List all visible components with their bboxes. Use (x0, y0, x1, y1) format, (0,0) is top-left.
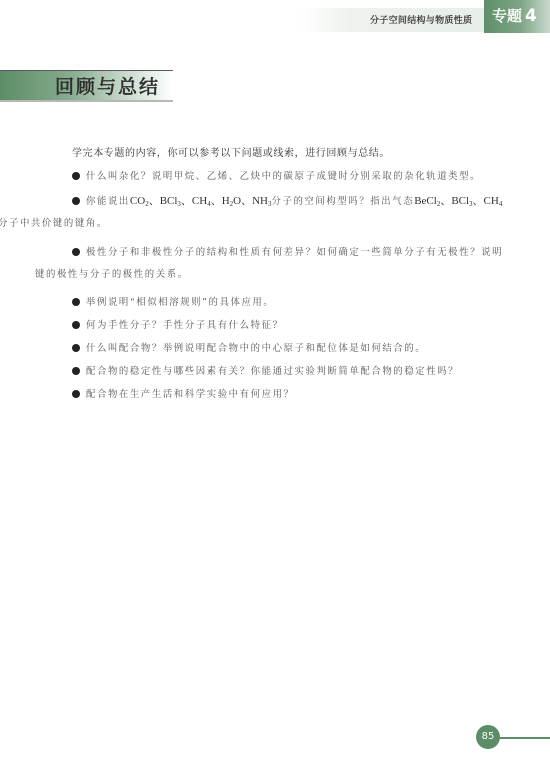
question-text: 分子的空间构型吗？指出气态 (272, 196, 415, 207)
question-text: 你能说出 (86, 196, 130, 207)
bullet-icon (72, 390, 80, 398)
bullet-icon (72, 298, 80, 306)
section-title: 回顾与总结 (55, 72, 160, 99)
question-item: 举例说明“相似相溶规则”的具体应用。 (35, 297, 505, 309)
question-text: 何为手性分子？手性分子具有什么特征？ (86, 320, 284, 331)
question-text: 什么叫配合物？举例说明配合物中的中心原子和配位体是如何结合的。 (86, 343, 426, 354)
page-number: 85 (476, 725, 500, 749)
bullet-icon (72, 321, 80, 329)
question-text: 配合物在生产生活和科学实验中有何应用？ (86, 389, 295, 400)
question-item: 何为手性分子？手性分子具有什么特征？ (35, 320, 505, 332)
question-item: 什么叫杂化？说明甲烷、乙烯、乙炔中的碳原子成键时分别采取的杂化轨道类型。 (35, 171, 505, 183)
topic-label: 专题 (492, 7, 522, 25)
topic-badge: 专题4 (484, 0, 550, 33)
running-title: 分子空间结构与物质性质 (370, 13, 472, 26)
question-item: 极性分子和非极性分子的结构和性质有何差异？如何确定一些简单分子有无极性？说明键的… (35, 242, 505, 286)
bullet-icon (72, 367, 80, 375)
question-item: 配合物在生产生活和科学实验中有何应用？ (35, 389, 505, 401)
bullet-icon (72, 248, 80, 256)
question-item: 你能说出CO2、BCl3、CH4、H2O、NH3分子的空间构型吗？指出气态BeC… (35, 190, 505, 235)
bullet-icon (72, 172, 80, 180)
question-text: 配合物的稳定性与哪些因素有关？你能通过实验判断简单配合物的稳定性吗？ (86, 366, 459, 377)
chemical-formula: BeCl2、BCl3、CH4 (414, 195, 502, 207)
bullet-icon (72, 344, 80, 352)
intro-paragraph: 学完本专题的内容，你可以参考以下问题或线索，进行回顾与总结。 (35, 148, 505, 160)
question-text: 极性分子和非极性分子的结构和性质有何差异？如何确定一些简单分子有无极性？说明键的… (35, 247, 503, 280)
topic-number: 4 (525, 6, 537, 26)
bullet-icon (72, 197, 80, 205)
question-text: 举例说明“相似相溶规则”的具体应用。 (86, 297, 274, 308)
question-text-continued: 分子中共价键的键角。 (35, 213, 505, 235)
question-item: 配合物的稳定性与哪些因素有关？你能通过实验判断简单配合物的稳定性吗？ (35, 366, 505, 378)
chemical-formula: CO2、BCl3、CH4、H2O、NH3 (130, 195, 272, 207)
question-item: 什么叫配合物？举例说明配合物中的中心原子和配位体是如何结合的。 (35, 343, 505, 355)
review-content: 学完本专题的内容，你可以参考以下问题或线索，进行回顾与总结。 什么叫杂化？说明甲… (35, 148, 505, 412)
question-text: 什么叫杂化？说明甲烷、乙烯、乙炔中的碳原子成键时分别采取的杂化轨道类型。 (86, 171, 481, 182)
